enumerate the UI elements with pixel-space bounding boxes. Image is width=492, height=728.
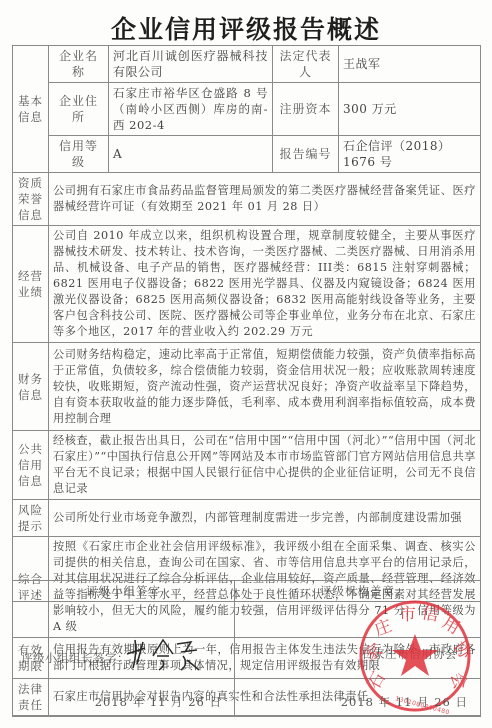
leader-signature-label: 评级小组组长签字： <box>21 650 129 666</box>
credit-grade-value: A <box>109 136 273 173</box>
handwritten-signature-icon <box>123 634 203 674</box>
svg-text:信: 信 <box>420 603 441 626</box>
signature-table: 评级小组签字 评级机构盖章 评级小组组长签字： 2018 年 11 月 26 日… <box>12 580 481 717</box>
agency-seal-date: 2018 年 11 月 26 日 <box>341 694 468 710</box>
section-text-public-credit: 经核查，截止报告出具日，公司在“信用中国”“信用中国（河北）”“信用中国（河北石… <box>49 431 481 500</box>
credit-grade-label: 信用等级 <box>49 136 109 173</box>
team-signature-header: 评级小组签字 <box>13 581 235 602</box>
section-label-basic-info: 基本信息 <box>13 46 49 173</box>
company-name-label: 企业名称 <box>49 46 109 83</box>
svg-text:会: 会 <box>446 670 470 692</box>
agency-seal-cell: 石家庄市信用协会 石 家 庄 市 信 用 协 会 1301080200480 2… <box>235 602 481 717</box>
svg-text:市: 市 <box>399 605 417 625</box>
team-signature-date: 2018 年 11 月 26 日 <box>95 694 222 710</box>
address-label: 企业住所 <box>49 83 109 136</box>
svg-text:用: 用 <box>439 613 464 639</box>
report-no-value: 石企信评（2018）1676 号 <box>339 136 481 173</box>
registered-capital-label: 注册资本 <box>273 83 339 136</box>
section-label-qualification: 资质荣誉信息 <box>13 173 49 226</box>
registered-capital-value: 300 万元 <box>339 83 481 136</box>
section-text-qualification: 公司拥有石家庄市食品药品监督管理局颁发的第二类医疗器械经营备案凭证、医疗器械经营… <box>49 173 481 226</box>
legal-rep-label: 法定代表人 <box>273 46 339 83</box>
section-label-public-credit: 公共信用信息 <box>13 431 49 500</box>
svg-text:庄: 庄 <box>372 616 395 641</box>
section-text-business: 公司自 2010 年成立以来，组织机构设置合理，规章制度较健全，主要从事医疗器械… <box>49 226 481 343</box>
svg-text:协: 协 <box>449 637 475 663</box>
page-title: 企业信用评级报告概述 <box>0 10 492 46</box>
legal-rep-value: 王战军 <box>339 46 481 83</box>
address-value: 石家庄市裕华区仓盛路 8 号（南岭小区西侧）库房的南-西 202-4 <box>109 83 273 136</box>
svg-text:家: 家 <box>360 640 386 666</box>
section-text-financial: 公司财务结构稳定，速动比率高于正常值，短期偿债能力较强，资产负债率指标高于正常值… <box>49 343 481 431</box>
company-name-value: 河北百川诚创医疗器械科技有限公司 <box>109 46 273 83</box>
section-text-risk: 公司所处行业市场竞争激烈，内部管理制度需进一步完善，内部制度建设需加强 <box>49 500 481 537</box>
report-no-label: 报告编号 <box>273 136 339 173</box>
section-label-risk: 风险提示 <box>13 500 49 537</box>
svg-text:石: 石 <box>364 668 390 693</box>
section-label-financial: 财务信息 <box>13 343 49 431</box>
section-label-business: 经营业绩 <box>13 226 49 343</box>
team-signature-cell: 评级小组组长签字： 2018 年 11 月 26 日 <box>13 602 235 717</box>
